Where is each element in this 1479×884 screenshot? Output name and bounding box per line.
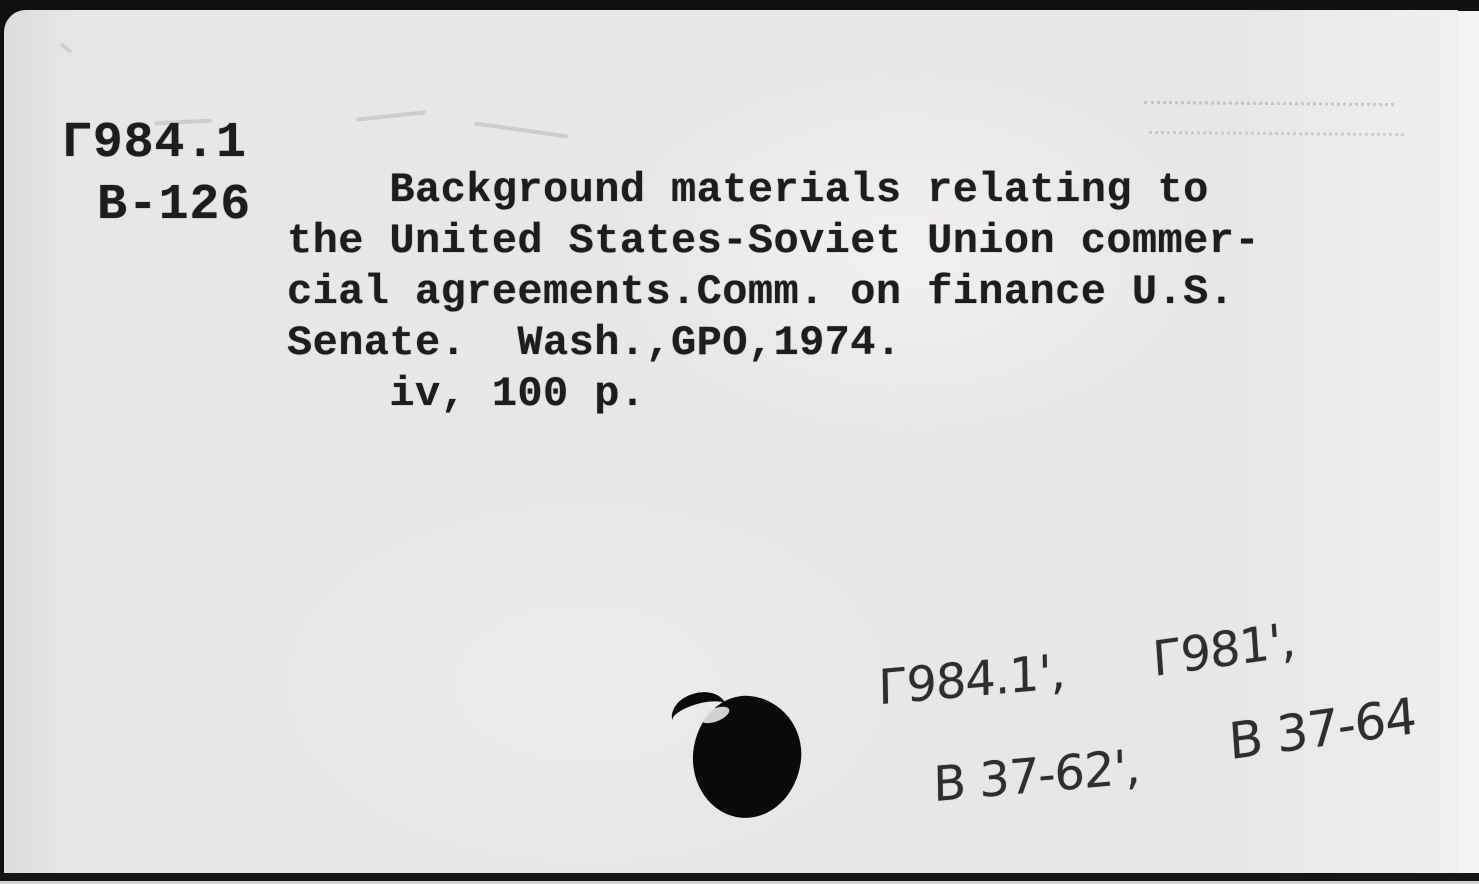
- bibliographic-entry: Background materials relating to the Uni…: [287, 165, 1260, 420]
- call-number-author-mark: B-126: [97, 180, 251, 232]
- pencil-scratch: [59, 42, 72, 54]
- call-number-classification: Г984.1: [62, 118, 247, 170]
- entry-line-4: Senate. Wash.,GPO,1974.: [287, 318, 1260, 369]
- ghost-type-impression: [1149, 131, 1404, 136]
- entry-line-2: the United States-Soviet Union commer-: [287, 216, 1260, 267]
- entry-line-1: Background materials relating to: [287, 165, 1260, 216]
- scan-paper-edge-right: [1455, 11, 1479, 873]
- scanned-catalog-card-page: { "card": { "call_number": { "classifica…: [0, 0, 1479, 884]
- entry-line-3: cial agreements.Comm. on finance U.S.: [287, 267, 1260, 318]
- entry-line-5: iv, 100 p.: [287, 369, 1260, 420]
- scan-bottom-line: [0, 873, 1479, 881]
- pencil-scratch: [474, 121, 569, 138]
- pencil-scratch: [356, 110, 426, 121]
- ghost-type-impression: [1144, 101, 1394, 106]
